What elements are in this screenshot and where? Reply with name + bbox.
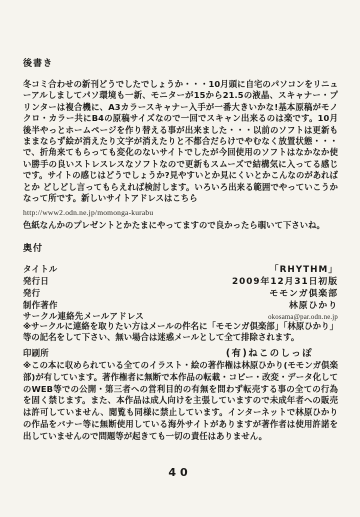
title-label: タイトル <box>23 263 58 275</box>
site-url-text: http://www2.odn.ne.jp/momonga-kurabu <box>23 208 338 217</box>
colophon-row-title: タイトル 「RHYTHM」 <box>23 262 338 274</box>
author-value: 林原ひかり <box>289 298 338 311</box>
colophon-row-author: 制作著作 林原ひかり <box>23 298 338 310</box>
copyright-notice: ※この本に収められている全てのイラスト・絵の著作権は林原ひかり(モモンガ倶楽部)… <box>23 360 338 443</box>
publisher-label: 発行 <box>23 287 40 299</box>
contact-email-value: okosama@par.odn.ne.jp <box>268 314 338 321</box>
page-number: 40 <box>0 466 360 479</box>
colophon-row-publisher: 発行 モモンガ倶楽部 <box>23 286 338 298</box>
colophon-table: タイトル 「RHYTHM」 発行日 2009年12月31日初版 発行 モモンガ倶… <box>23 262 338 322</box>
colophon-row-printer: 印刷所 (有)ねこのしっぽ <box>23 345 338 357</box>
printer-value: (有)ねこのしっぽ <box>226 345 338 359</box>
colophon-row-publish-date: 発行日 2009年12月31日初版 <box>23 274 338 286</box>
afterword-heading: 後書き <box>23 56 338 69</box>
afterword-paragraph: 冬コミ合わせの新刊どうでしたでしょうか・・・10月頭に自宅のパソコンをリニューア… <box>23 79 338 204</box>
contact-instructions-note: ※サークルに連絡を取りたい方はメールの件名に「モモンガ倶楽部」「林原ひかり」等の… <box>23 321 338 344</box>
scanned-doujinshi-colophon-page: 後書き 冬コミ合わせの新刊どうでしたでしょうか・・・10月頭に自宅のパソコンをリ… <box>0 0 360 517</box>
afterword-closing-line: 色紙なんかのプレゼントとかたまにやってますので良かったら覗いて下さいね。 <box>23 220 338 231</box>
publish-date-label: 発行日 <box>23 275 49 287</box>
colophon-heading: 奥付 <box>23 241 338 254</box>
printer-label: 印刷所 <box>23 347 49 359</box>
